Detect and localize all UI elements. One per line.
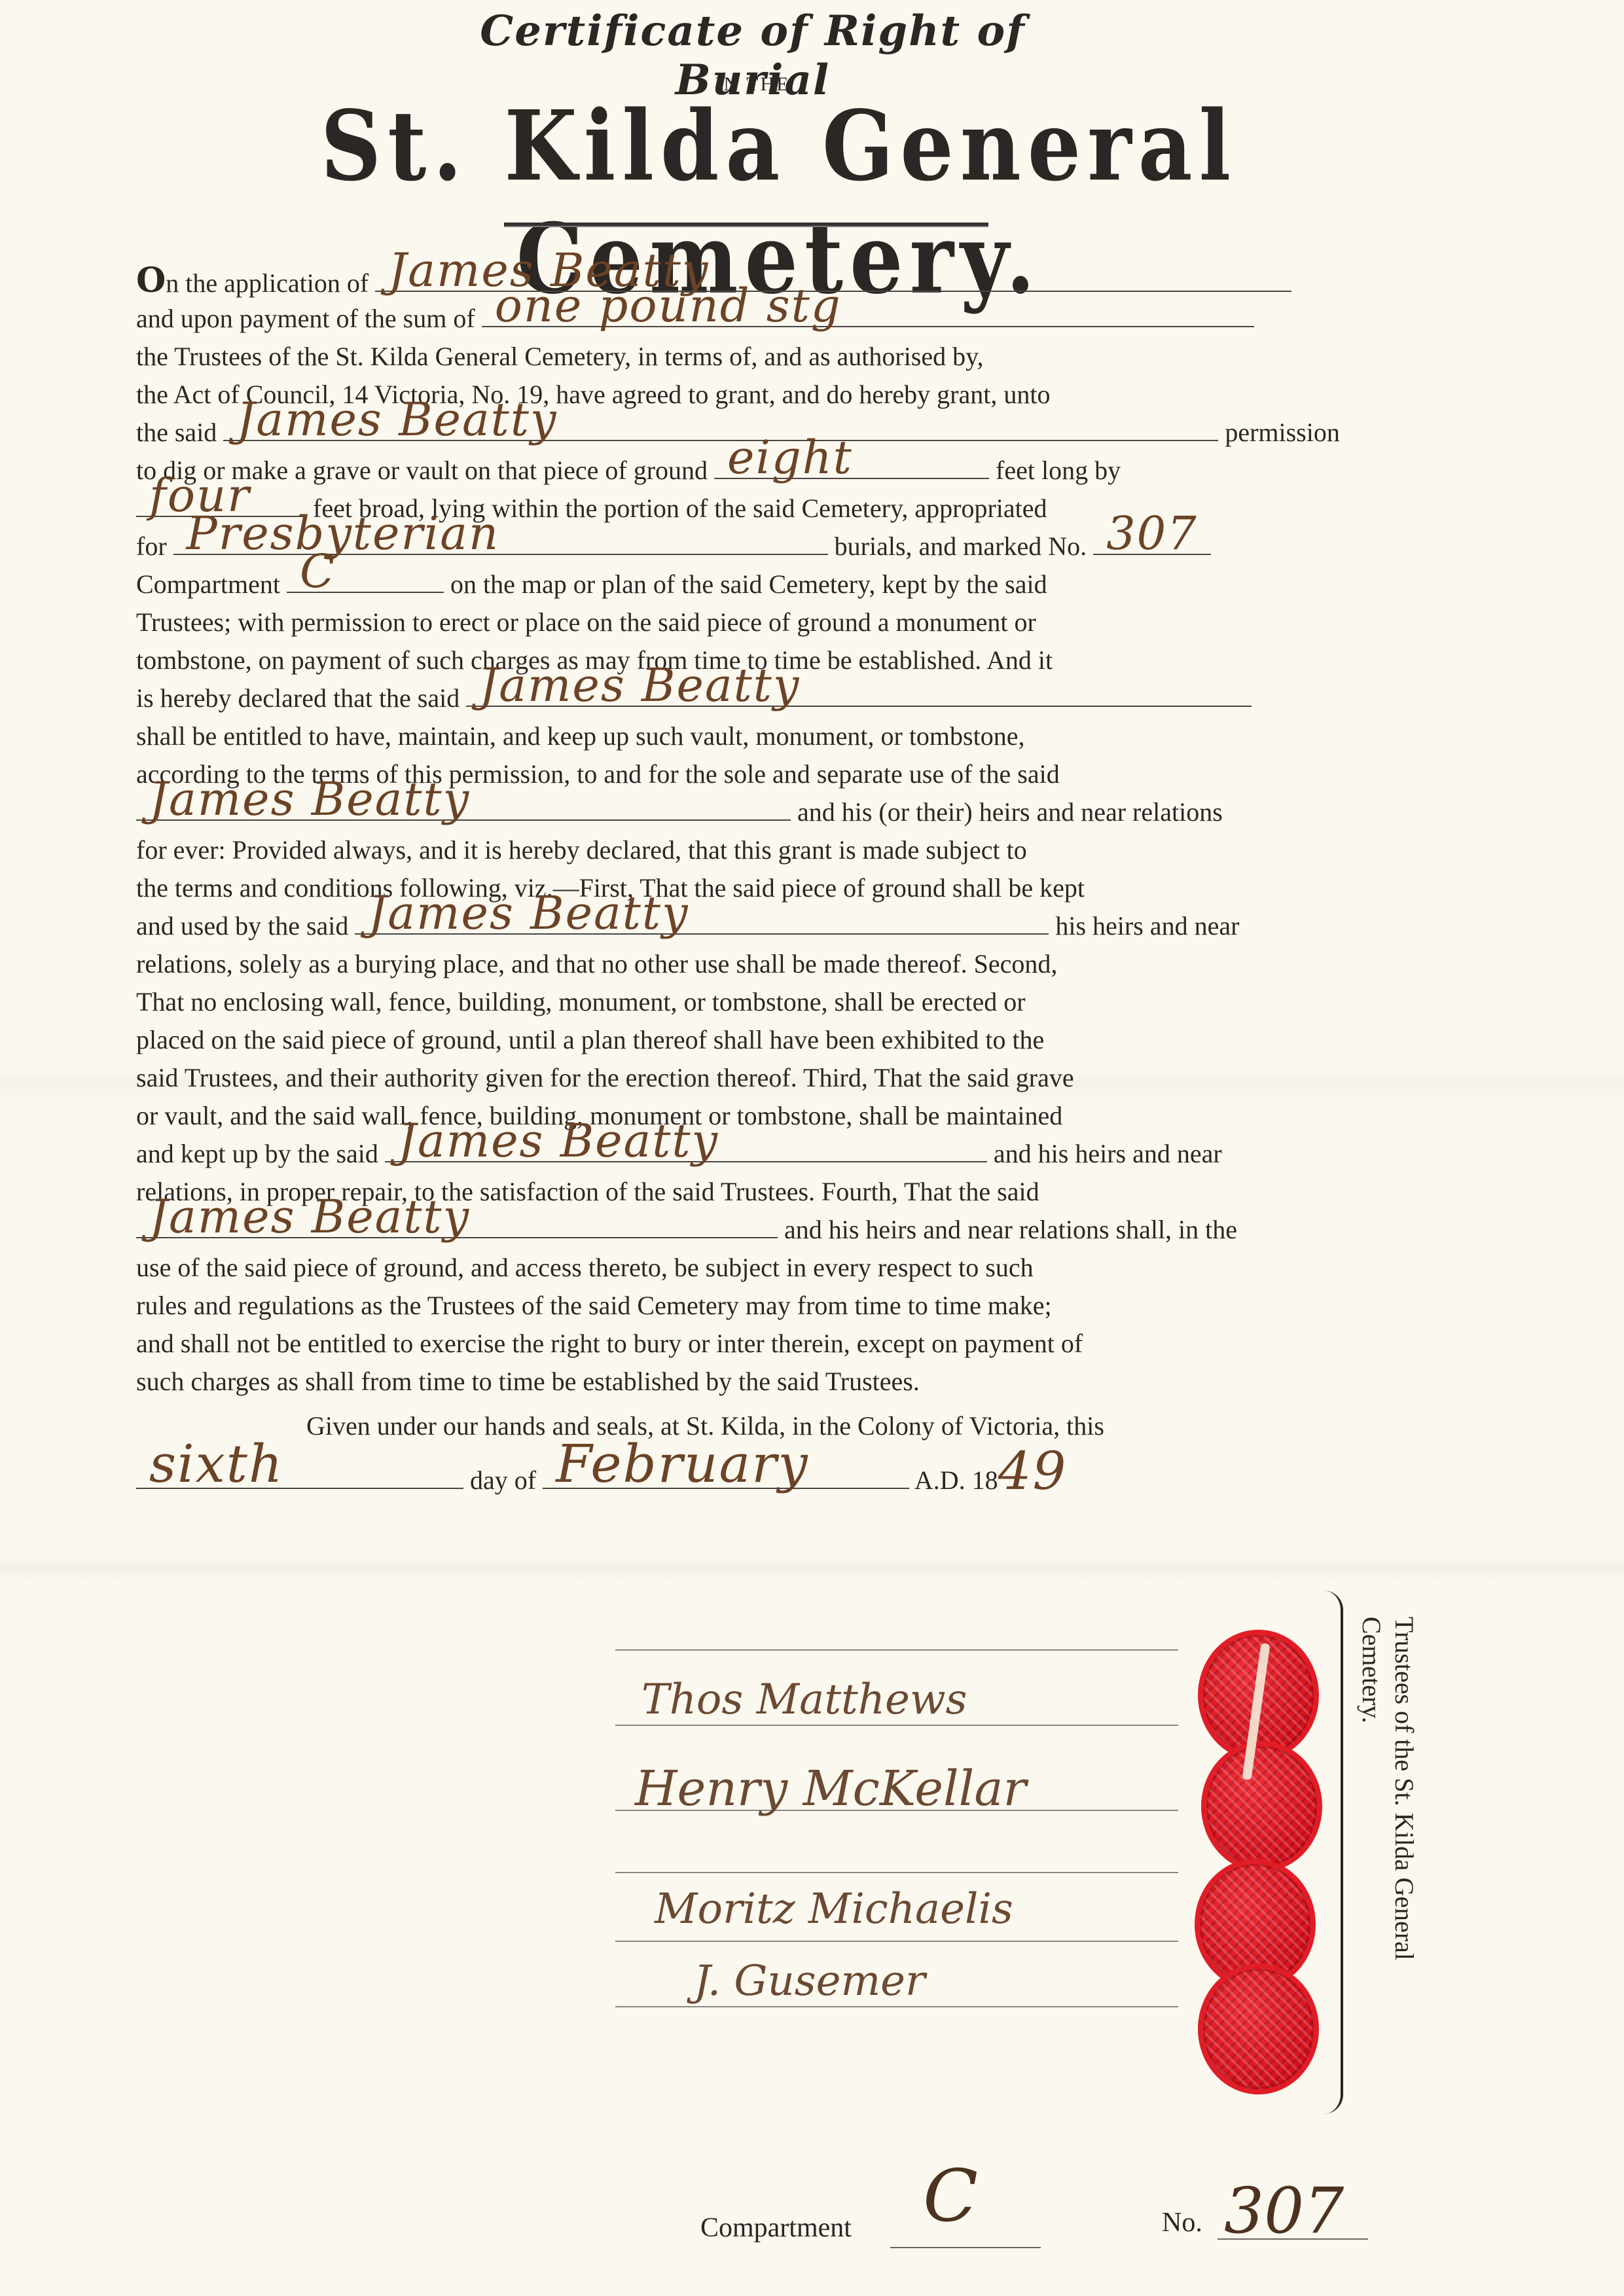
- heirs-name-field: James Beatty: [136, 793, 791, 821]
- dropcap: O: [136, 260, 166, 300]
- handwritten-day: sixth: [149, 1438, 283, 1490]
- line-text: relations, solely as a burying place, an…: [136, 949, 1057, 978]
- used-by-name-field: James Beatty: [355, 907, 1049, 935]
- body-line: use of the said piece of ground, and acc…: [136, 1249, 1399, 1287]
- trustees-label-line-2: Cemetery.: [1355, 1617, 1388, 1723]
- handwritten-sum: one pound stg: [495, 283, 842, 329]
- trustee-signature-1: Thos Matthews: [641, 1676, 967, 1724]
- line-text: Trustees; with permission to erect or pl…: [136, 607, 1036, 637]
- handwritten-name: James Beatty: [149, 776, 470, 822]
- body-line-declared: is hereby declared that the said James B…: [136, 679, 1399, 717]
- line-text: and kept up by the said: [136, 1139, 378, 1168]
- signature-line: [615, 2006, 1178, 2007]
- title-divider: [504, 223, 988, 227]
- body-line-compartment: Compartment C on the map or plan of the …: [136, 565, 1399, 603]
- line-text: and upon payment of the sum of: [136, 304, 475, 333]
- date-line: sixth day of February A.D. 1849: [136, 1445, 1399, 1483]
- grave-number-field: 307: [1093, 528, 1211, 555]
- line-text: rules and regulations as the Trustees of…: [136, 1291, 1052, 1320]
- handwritten-compartment: C: [300, 548, 336, 594]
- body-line: That no enclosing wall, fence, building,…: [136, 983, 1399, 1021]
- trustee-signature-3: Moritz Michaelis: [655, 1885, 1013, 1933]
- line-text: and his heirs and near relations shall, …: [784, 1215, 1237, 1244]
- line-text: Compartment: [136, 569, 280, 599]
- line-text: the said: [136, 418, 217, 447]
- line-text: That no enclosing wall, fence, building,…: [136, 987, 1026, 1016]
- line-text: feet long by: [996, 456, 1121, 485]
- body-line-kept-by: and kept up by the said James Beatty and…: [136, 1135, 1399, 1173]
- line-text: A.D. 18: [914, 1465, 998, 1495]
- trustees-label: Trustees of the St. Kilda General Cemete…: [1342, 1617, 1473, 2075]
- line-text: and his (or their) heirs and near relati…: [797, 797, 1223, 827]
- handwritten-name: James Beatty: [149, 1194, 470, 1240]
- trustees-brace: [1322, 1590, 1343, 2114]
- trustee-signature-2: Henry McKellar: [635, 1761, 1026, 1817]
- line-text: for: [136, 531, 167, 561]
- body-line: such charges as shall from time to time …: [136, 1363, 1399, 1401]
- body-line: Trustees; with permission to erect or pl…: [136, 603, 1399, 641]
- line-text: shall be entitled to have, maintain, and…: [136, 721, 1024, 751]
- handwritten-name: James Beatty: [398, 1118, 719, 1164]
- signature-line: [615, 1649, 1178, 1651]
- trustee-signature-4: J. Gusemer: [694, 1957, 926, 2005]
- line-text: use of the said piece of ground, and acc…: [136, 1253, 1034, 1282]
- footer-number-label: No.: [1162, 2208, 1202, 2238]
- line-text: burials, and marked No.: [835, 531, 1087, 561]
- body-line-sum: and upon payment of the sum of one pound…: [136, 300, 1399, 338]
- body-line: said Trustees, and their authority given…: [136, 1059, 1399, 1097]
- given-line: Given under our hands and seals, at St. …: [306, 1407, 1399, 1445]
- body-line: the Trustees of the St. Kilda General Ce…: [136, 338, 1399, 376]
- handwritten-footer-number: 307: [1224, 2179, 1344, 2242]
- grave-length-field: eight: [714, 452, 989, 479]
- handwritten-name: James Beatty: [368, 890, 689, 936]
- line-text: placed on the said piece of ground, unti…: [136, 1025, 1044, 1054]
- line-text: is hereby declared that the said: [136, 683, 460, 713]
- line-text: and shall not be entitled to exercise th…: [136, 1329, 1083, 1358]
- line-text: permission: [1225, 418, 1340, 447]
- body-line-fourth: James Beatty and his heirs and near rela…: [136, 1211, 1399, 1249]
- line-text: and his heirs and near: [994, 1139, 1222, 1168]
- body-line-used-by: and used by the said James Beatty his he…: [136, 907, 1399, 945]
- signature-line: [615, 1941, 1178, 1942]
- body-line: or vault, and the said wall, fence, buil…: [136, 1097, 1399, 1135]
- footer-compartment-field: [890, 2247, 1041, 2248]
- handwritten-name: James Beatty: [479, 662, 800, 708]
- body-line: relations, solely as a burying place, an…: [136, 945, 1399, 983]
- handwritten-grantee: James Beatty: [236, 397, 557, 442]
- trustees-label-line-1: Trustees of the St. Kilda General: [1388, 1617, 1420, 1960]
- footer-number: No.: [1162, 2207, 1202, 2238]
- line-text: said Trustees, and their authority given…: [136, 1063, 1074, 1092]
- body-line: placed on the said piece of ground, unti…: [136, 1021, 1399, 1059]
- body-line: and shall not be entitled to exercise th…: [136, 1325, 1399, 1363]
- handwritten-year: 49: [998, 1441, 1068, 1501]
- declared-name-field: James Beatty: [466, 679, 1252, 707]
- body-line: the terms and conditions following, viz.…: [136, 869, 1399, 907]
- signature-line: [615, 1872, 1178, 1873]
- footer-compartment-label: Compartment: [700, 2213, 852, 2243]
- compartment-field: C: [287, 565, 444, 593]
- line-text: for ever: Provided always, and it is her…: [136, 835, 1027, 865]
- body-line-length: to dig or make a grave or vault on that …: [136, 452, 1399, 490]
- grantee-name-field: James Beatty: [223, 414, 1218, 441]
- line-text: day of: [470, 1465, 536, 1495]
- denomination-field: Presbyterian: [173, 528, 828, 555]
- body-line: for ever: Provided always, and it is her…: [136, 831, 1399, 869]
- payment-sum-field: one pound stg: [482, 300, 1254, 327]
- line-text: such charges as shall from time to time …: [136, 1367, 920, 1396]
- wax-seal-4: [1198, 1964, 1319, 2094]
- line-text: the Trustees of the St. Kilda General Ce…: [136, 342, 984, 371]
- month-field: February: [543, 1462, 909, 1489]
- signature-line: [615, 1725, 1178, 1726]
- handwritten-grave-number: 307: [1106, 511, 1198, 556]
- body-line-heirs: James Beatty and his (or their) heirs an…: [136, 793, 1399, 831]
- kept-by-name-field: James Beatty: [385, 1135, 987, 1162]
- line-text: on the map or plan of the said Cemetery,…: [450, 569, 1047, 599]
- handwritten-length: eight: [727, 435, 853, 480]
- body-line: rules and regulations as the Trustees of…: [136, 1287, 1399, 1325]
- line-text: n the application of: [166, 268, 369, 298]
- handwritten-denomination: Presbyterian: [187, 511, 500, 556]
- line-text: his heirs and near: [1055, 911, 1239, 941]
- day-field: sixth: [136, 1462, 463, 1489]
- wax-seal-2: [1201, 1741, 1322, 1872]
- line-text: and used by the said: [136, 911, 348, 941]
- handwritten-month: February: [556, 1438, 809, 1490]
- body-line: shall be entitled to have, maintain, and…: [136, 717, 1399, 755]
- handwritten-footer-compartment: C: [923, 2160, 978, 2232]
- fourth-name-field: James Beatty: [136, 1211, 778, 1238]
- footer: Compartment: [700, 2212, 852, 2244]
